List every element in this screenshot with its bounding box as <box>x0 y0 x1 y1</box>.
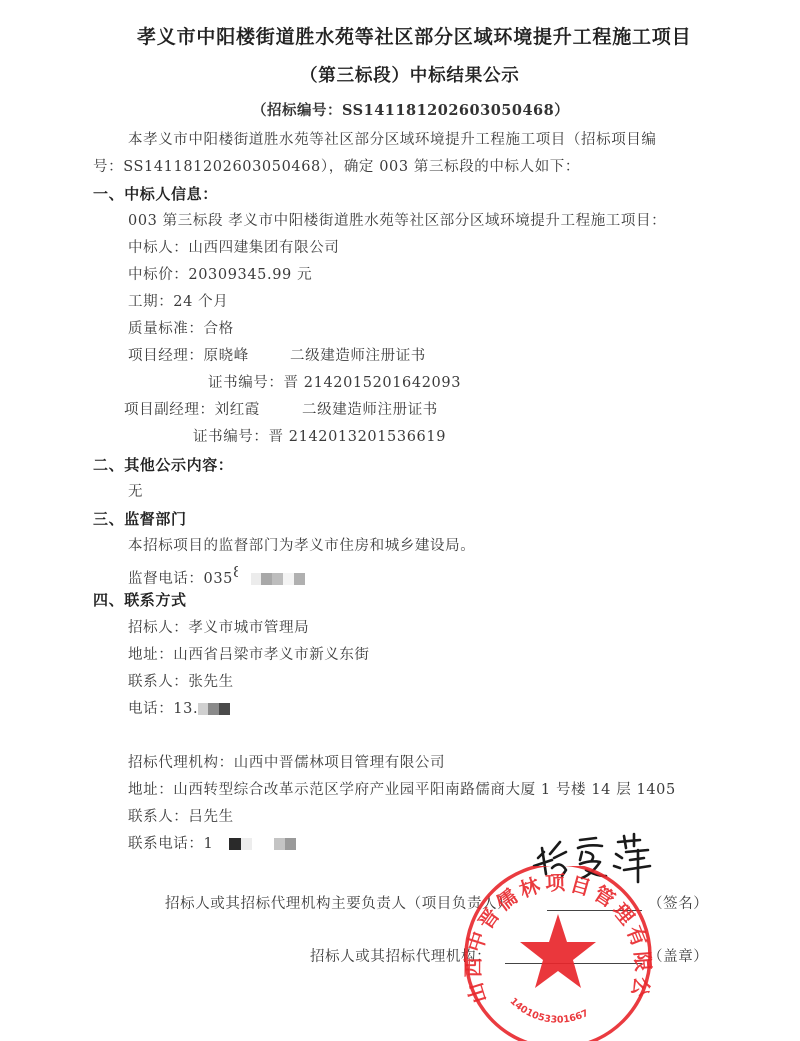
lot-description: 003 第三标段 孝义市中阳楼街道胜水苑等社区部分区域环境提升工程施工项目： <box>128 211 666 231</box>
redacted-block <box>272 573 283 585</box>
agency-contact: 联系人：吕先生 <box>128 807 234 827</box>
section4-heading: 四、联系方式 <box>93 590 187 610</box>
redacted-block <box>251 573 261 585</box>
section1-heading: 一、中标人信息： <box>93 184 218 204</box>
supervision-phone-label: 监督电话：035 <box>128 571 233 587</box>
pm-certificate: 二级建造师注册证书 <box>290 346 426 366</box>
intro-line-2: 号：SS141181202603050468），确定 003 第三标段的中标人如… <box>93 157 580 177</box>
title-line-2: （第三标段）中标结果公示 <box>300 66 520 86</box>
section2-heading: 二、其他公示内容： <box>93 455 233 475</box>
winner: 中标人：山西四建集团有限公司 <box>128 238 339 258</box>
section3-heading: 三、监督部门 <box>93 509 187 529</box>
redacted-block <box>294 573 305 585</box>
duration: 工期：24 个月 <box>128 292 228 312</box>
official-seal-stamp: 山西中晋儒林项目管理有限公司 1401053301667 <box>460 866 660 1041</box>
tenderer-phone-label: 电话：13. <box>128 701 198 717</box>
title-line-1: 孝义市中阳楼街道胜水苑等社区部分区域环境提升工程施工项目 <box>137 27 691 47</box>
redacted-block <box>241 838 252 850</box>
agency-phone: 联系电话：1 <box>128 834 296 854</box>
redacted-block <box>219 703 230 715</box>
supervision-dept: 本招标项目的监督部门为孝义市住房和城乡建设局。 <box>128 536 475 556</box>
deputy-pm-certificate: 二级建造师注册证书 <box>302 400 438 420</box>
project-manager: 项目经理：原晓峰 <box>128 346 249 366</box>
other-content: 无 <box>128 482 143 502</box>
redacted-block <box>283 573 294 585</box>
stamp-number: 1401053301667 <box>507 996 590 1026</box>
quality-standard: 质量标准：合格 <box>128 319 234 339</box>
supervision-phone-partial: 8 <box>233 563 238 583</box>
intro-line-1: 本孝义市中阳楼街道胜水苑等社区部分区域环境提升工程施工项目（招标项目编 <box>128 130 657 150</box>
winning-price: 中标价：20309345.99 元 <box>128 265 312 285</box>
redacted-block <box>263 838 274 850</box>
redacted-block <box>285 838 296 850</box>
agency-phone-label: 联系电话：1 <box>128 836 213 852</box>
redacted-block <box>274 838 285 850</box>
agency: 招标代理机构：山西中晋儒林项目管理有限公司 <box>128 753 445 773</box>
tender-code: （招标编号：SS141181202603050468） <box>252 101 569 121</box>
redacted-block <box>252 838 263 850</box>
redacted-block <box>229 838 241 850</box>
agency-address: 地址：山西转型综合改革示范区学府产业园平阳南路儒商大厦 1 号楼 14 层 14… <box>128 780 676 800</box>
redacted-block <box>261 573 272 585</box>
pm-certificate-number: 证书编号：晋 2142015201642093 <box>208 373 461 393</box>
redacted-block <box>198 703 208 715</box>
tenderer-address: 地址：山西省吕梁市孝义市新义东街 <box>128 645 370 665</box>
redacted-block <box>208 703 219 715</box>
tenderer-contact: 联系人：张先生 <box>128 672 234 692</box>
supervision-phone: 监督电话：0358 <box>128 563 305 589</box>
tenderer: 招标人：孝义市城市管理局 <box>128 618 309 638</box>
deputy-project-manager: 项目副经理：刘红霞 <box>124 400 260 420</box>
deputy-pm-certificate-number: 证书编号：晋 2142013201536619 <box>193 427 446 447</box>
tenderer-phone: 电话：13. <box>128 699 230 719</box>
document-page: 孝义市中阳楼街道胜水苑等社区部分区域环境提升工程施工项目 （第三标段）中标结果公… <box>0 0 800 1041</box>
